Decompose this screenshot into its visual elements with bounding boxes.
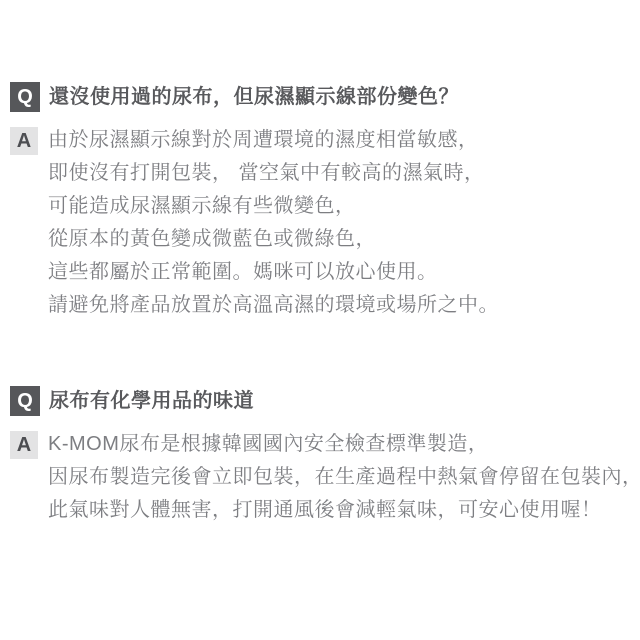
faq-item: Q 還沒使用過的尿布，但尿濕顯示線部份變色？ A 由於尿濕顯示線對於周遭環境的濕… (10, 82, 632, 322)
answer-text: 由於尿濕顯示線對於周遭環境的濕度相當敏感， 即使沒有打開包裝， 當空氣中有較高的… (48, 124, 499, 322)
answer-line: 因尿布製造完後會立即包裝，在生產過程中熱氣會停留在包裝內， (48, 461, 640, 494)
answer-line: 由於尿濕顯示線對於周遭環境的濕度相當敏感， (48, 124, 499, 157)
answer-row: A 由於尿濕顯示線對於周遭環境的濕度相當敏感， 即使沒有打開包裝， 當空氣中有較… (10, 124, 632, 322)
answer-line: 這些都屬於正常範圍。媽咪可以放心使用。 (48, 256, 499, 289)
question-row: Q 尿布有化學用品的味道 (10, 386, 632, 416)
answer-icon: A (10, 431, 38, 459)
answer-text: K-MOM尿布是根據韓國國內安全檢查標準製造， 因尿布製造完後會立即包裝，在生產… (48, 428, 640, 527)
question-row: Q 還沒使用過的尿布，但尿濕顯示線部份變色？ (10, 82, 632, 112)
faq-page: Q 還沒使用過的尿布，但尿濕顯示線部份變色？ A 由於尿濕顯示線對於周遭環境的濕… (0, 0, 640, 640)
answer-line: K-MOM尿布是根據韓國國內安全檢查標準製造， (48, 428, 640, 461)
answer-line: 此氣味對人體無害，打開通風後會減輕氣味，可安心使用喔！ (48, 494, 640, 527)
question-icon: Q (10, 82, 40, 112)
answer-line: 可能造成尿濕顯示線有些微變色， (48, 190, 499, 223)
answer-line: 從原本的黃色變成微藍色或微綠色， (48, 223, 499, 256)
answer-line: 請避免將產品放置於高溫高濕的環境或場所之中。 (48, 289, 499, 322)
question-text: 尿布有化學用品的味道 (49, 386, 254, 416)
question-icon: Q (10, 386, 40, 416)
answer-icon: A (10, 127, 38, 155)
answer-line: 即使沒有打開包裝， 當空氣中有較高的濕氣時， (48, 157, 499, 190)
question-text: 還沒使用過的尿布，但尿濕顯示線部份變色？ (49, 82, 459, 112)
answer-row: A K-MOM尿布是根據韓國國內安全檢查標準製造， 因尿布製造完後會立即包裝，在… (10, 428, 632, 527)
faq-item: Q 尿布有化學用品的味道 A K-MOM尿布是根據韓國國內安全檢查標準製造， 因… (10, 386, 632, 527)
